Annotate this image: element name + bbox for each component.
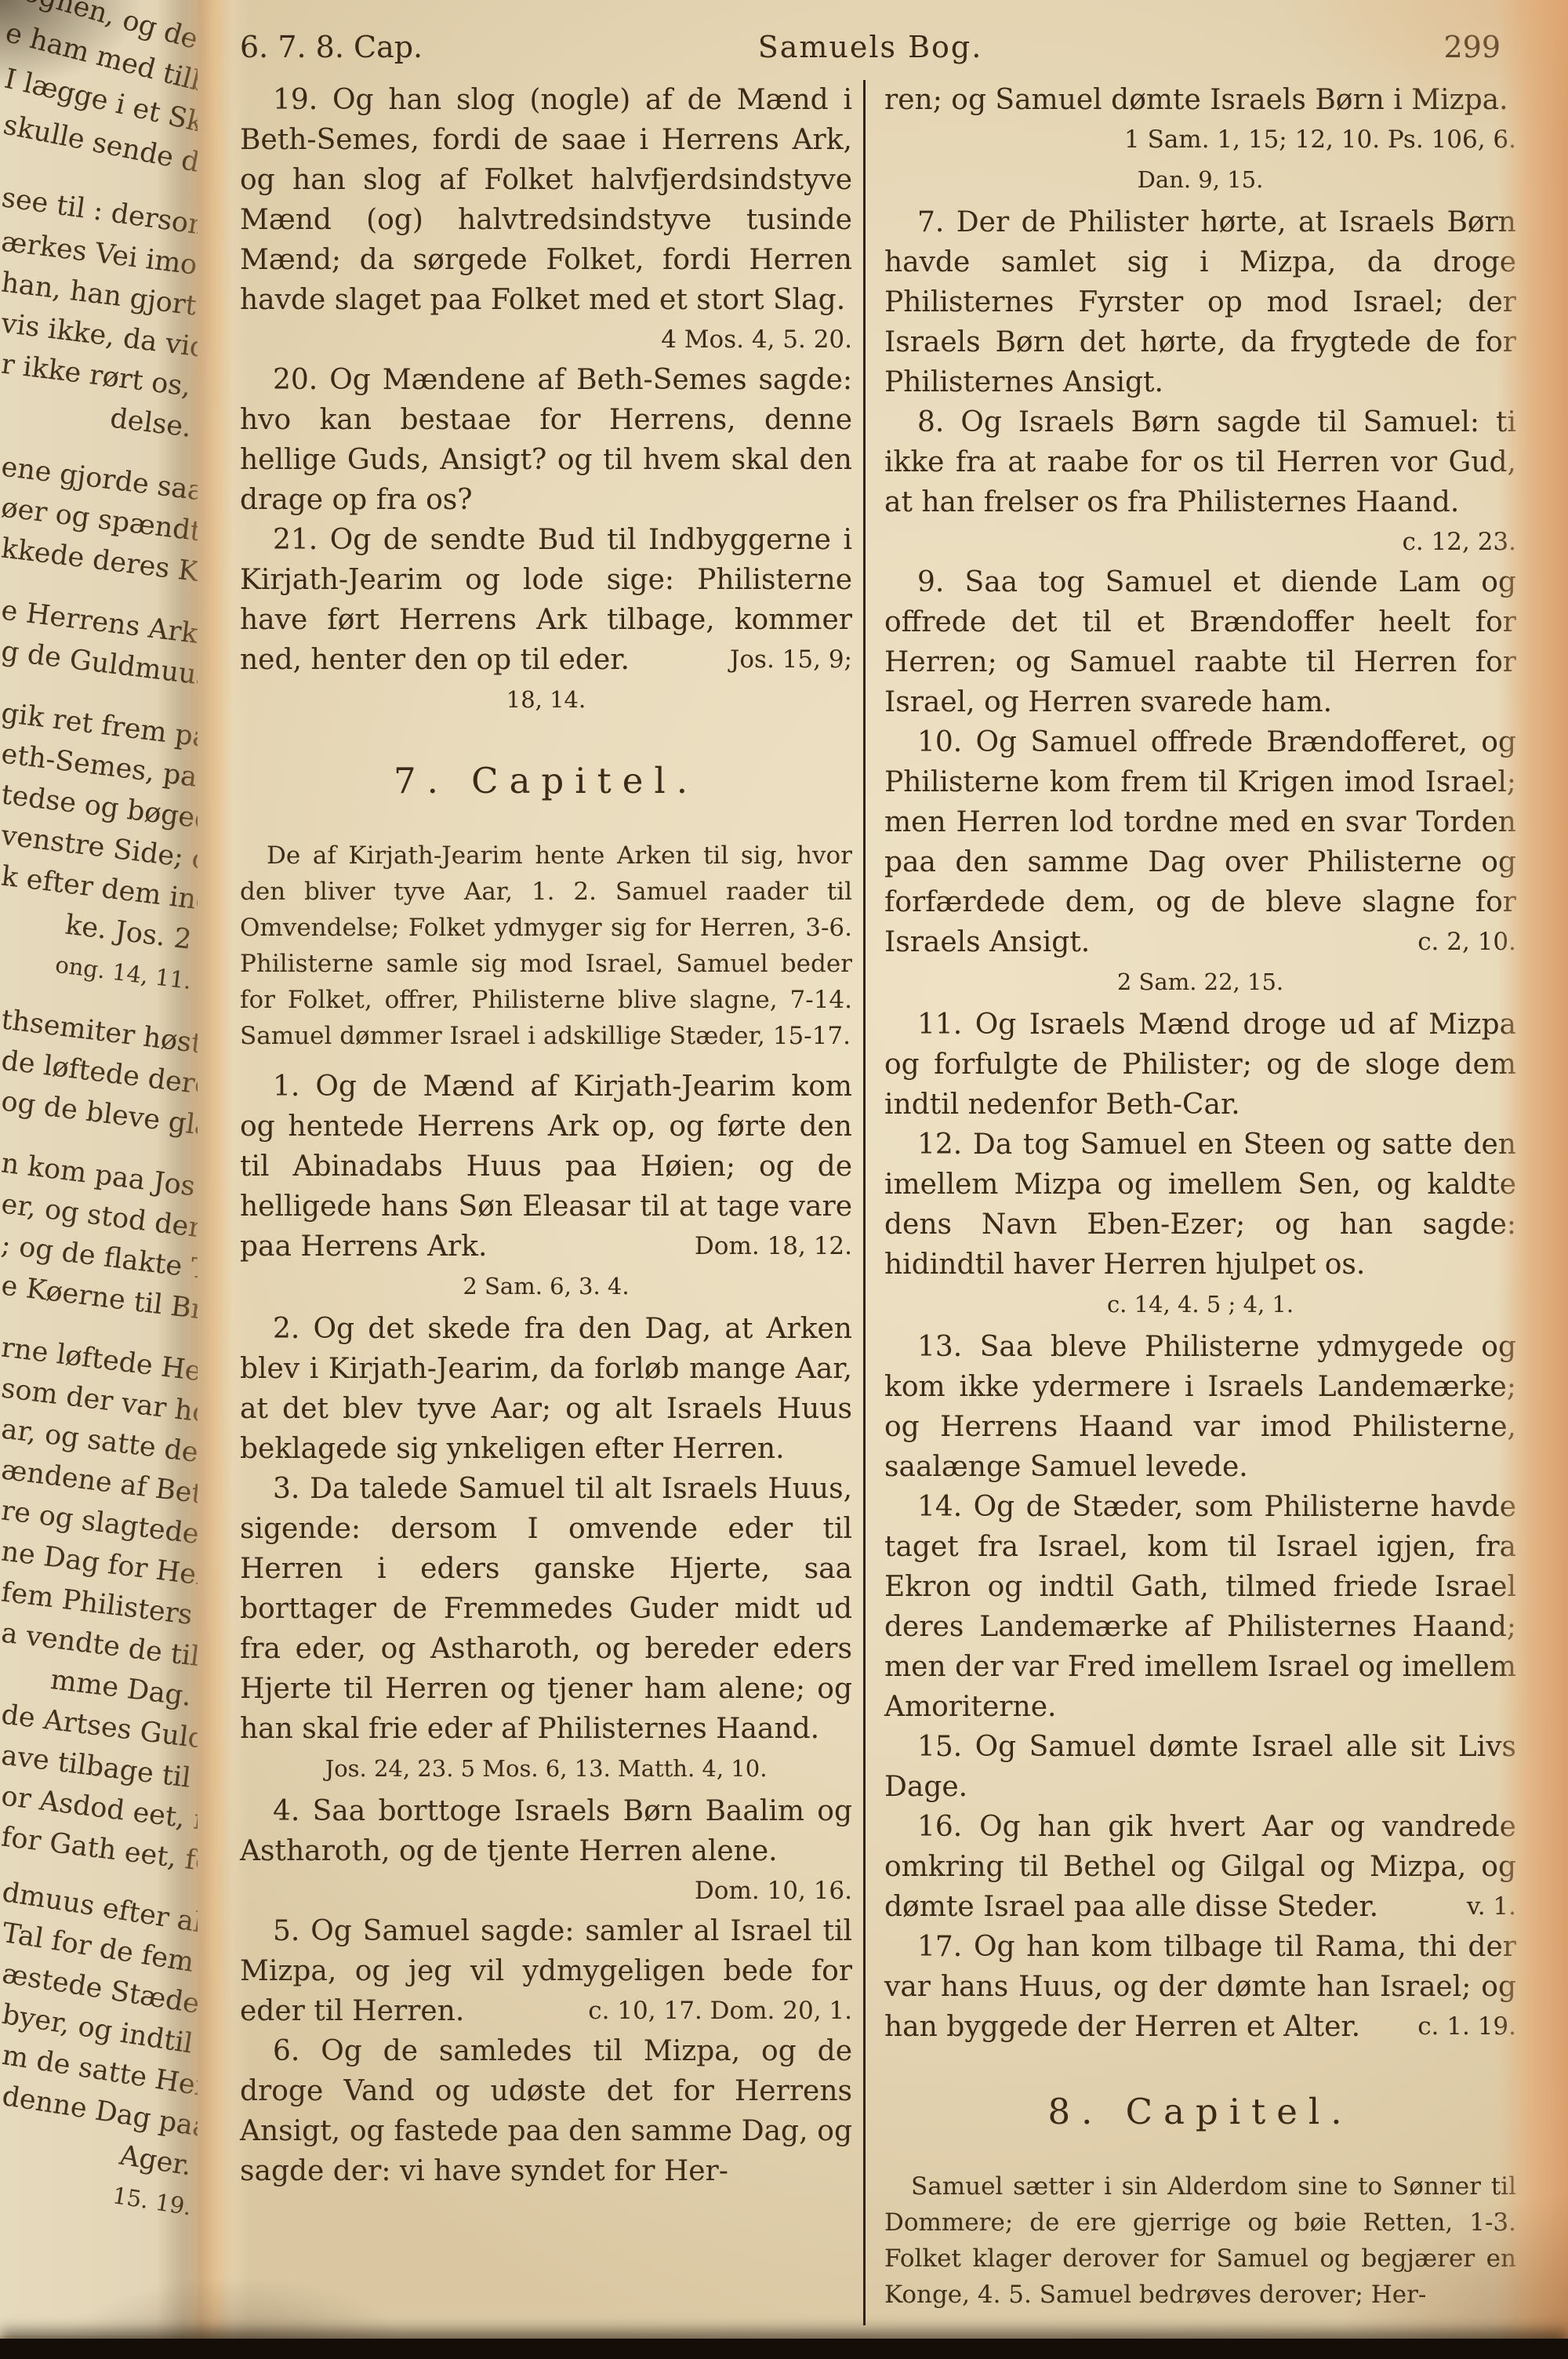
verse-reference: c. 12, 23. bbox=[1358, 522, 1516, 562]
verse-reference: 1 Sam. 1, 15; 12, 10. Ps. 106, 6. bbox=[1113, 120, 1516, 160]
verse: 7. Der de Philister hørte, at Israels Bø… bbox=[884, 202, 1516, 402]
left-column: 19. Og han slog (nogle) af de Mænd i Bet… bbox=[240, 80, 866, 2325]
chapter-summary: De af Kirjath-Jearim hente Arken til sig… bbox=[240, 838, 852, 1054]
book-page: 6. 7. 8. Cap. Samuels Bog. 299 19. Og ha… bbox=[240, 0, 1516, 2325]
reference-line: 2 Sam. 22, 15. bbox=[884, 965, 1516, 998]
header-book-title: Samuels Bog. bbox=[758, 30, 983, 64]
reference-line: Dan. 9, 15. bbox=[884, 163, 1516, 196]
verse-number: 3. bbox=[273, 1473, 310, 1505]
verse-reference: c. 2, 10. bbox=[1374, 922, 1516, 962]
page-gutter-fold bbox=[157, 0, 249, 2359]
chapter-heading: 8. Capitel. bbox=[884, 2091, 1516, 2132]
verse-number: 5. bbox=[273, 1915, 310, 1947]
right-column: ren; og Samuel dømte Israels Børn i Mizp… bbox=[866, 80, 1516, 2325]
verse-number: 11. bbox=[917, 1009, 975, 1041]
chapter-summary: Samuel sætter i sin Alderdom sine to Søn… bbox=[884, 2168, 1516, 2313]
verse: 19. Og han slog (nogle) af de Mænd i Bet… bbox=[240, 80, 852, 360]
verse: 15. Og Samuel dømte Israel alle sit Livs… bbox=[884, 1727, 1516, 1807]
reference-line: c. 14, 4. 5 ; 4, 1. bbox=[884, 1288, 1516, 1321]
verse: 17. Og han kom tilbage til Rama, thi der… bbox=[884, 1927, 1516, 2047]
verse: 21. Og de sendte Bud til Indbyggerne i K… bbox=[240, 520, 852, 680]
verse: 5. Og Samuel sagde: samler al Israel til… bbox=[240, 1911, 852, 2031]
verse: 4. Saa borttoge Israels Børn Baalim og A… bbox=[240, 1791, 852, 1911]
verse-number: 1. bbox=[273, 1070, 315, 1103]
verse: 11. Og Israels Mænd droge ud af Mizpa og… bbox=[884, 1005, 1516, 1125]
verse-number: 12. bbox=[917, 1129, 973, 1161]
verse-number: 9. bbox=[917, 566, 965, 598]
verse-reference: Jos. 15, 9; bbox=[686, 640, 852, 680]
header-page-number: 299 bbox=[982, 30, 1505, 64]
verse-number: 20. bbox=[273, 364, 329, 396]
page-header: 6. 7. 8. Cap. Samuels Bog. 299 bbox=[240, 30, 1505, 64]
verse: 10. Og Samuel offrede Brændofferet, og P… bbox=[884, 722, 1516, 962]
verse-number: 14. bbox=[917, 1491, 974, 1523]
verse-number: 17. bbox=[917, 1931, 974, 1963]
reference-line: 2 Sam. 6, 3. 4. bbox=[240, 1270, 852, 1303]
verse: 2. Og det skede fra den Dag, at Arken bl… bbox=[240, 1309, 852, 1469]
verse-number: 8. bbox=[917, 406, 960, 438]
verse-number: 13. bbox=[917, 1331, 980, 1363]
verse: 12. Da tog Samuel en Steen og satte den … bbox=[884, 1125, 1516, 1285]
verse: 13. Saa bleve Philisterne ydmygede og ko… bbox=[884, 1327, 1516, 1487]
page-right-edge bbox=[1497, 0, 1568, 2359]
verse-number: 10. bbox=[917, 726, 976, 758]
chapter-heading: 7. Capitel. bbox=[240, 760, 852, 801]
header-chapter-range: 6. 7. 8. Cap. bbox=[240, 30, 758, 64]
verse: 3. Da talede Samuel til alt Israels Huus… bbox=[240, 1469, 852, 1749]
verse-number: 16. bbox=[917, 1811, 979, 1843]
text-columns: 19. Og han slog (nogle) af de Mænd i Bet… bbox=[240, 80, 1516, 2325]
verse-number: 7. bbox=[917, 206, 956, 238]
verse-number: 19. bbox=[273, 84, 332, 116]
verse-number: 15. bbox=[917, 1731, 975, 1763]
photo-background-edge bbox=[0, 2339, 1568, 2359]
verse-reference: c. 1. 19. bbox=[1374, 2007, 1516, 2047]
verse: 16. Og han gik hvert Aar og vandrede omk… bbox=[884, 1807, 1516, 1927]
verse-number: 21. bbox=[273, 524, 330, 556]
verse-number: 2. bbox=[273, 1313, 314, 1345]
verse-number: 6. bbox=[273, 2035, 321, 2067]
verse-continuation: ren; og Samuel dømte Israels Børn i Mizp… bbox=[884, 80, 1516, 160]
verse-number: 4. bbox=[273, 1795, 313, 1827]
verse: 1. Og de Mænd af Kirjath-Jearim kom og h… bbox=[240, 1067, 852, 1267]
verse: 14. Og de Stæder, som Philisterne havde … bbox=[884, 1487, 1516, 1727]
verse: 6. Og de samledes til Mizpa, og de droge… bbox=[240, 2031, 852, 2191]
verse: 20. Og Mændene af Beth-Semes sagde: hvo … bbox=[240, 360, 852, 520]
verse-reference: 4 Mos. 4, 5. 20. bbox=[617, 320, 852, 360]
verse-reference: Dom. 10, 16. bbox=[651, 1871, 852, 1911]
reference-line: 18, 14. bbox=[240, 683, 852, 716]
verse: 9. Saa tog Samuel et diende Lam og offre… bbox=[884, 562, 1516, 722]
verse-reference: c. 10, 17. Dom. 20, 1. bbox=[544, 1991, 852, 2031]
reference-line: Jos. 24, 23. 5 Mos. 6, 13. Matth. 4, 10. bbox=[240, 1752, 852, 1785]
verse-reference: Dom. 18, 12. bbox=[651, 1227, 852, 1267]
verse: 8. Og Israels Børn sagde til Samuel: ti … bbox=[884, 402, 1516, 562]
